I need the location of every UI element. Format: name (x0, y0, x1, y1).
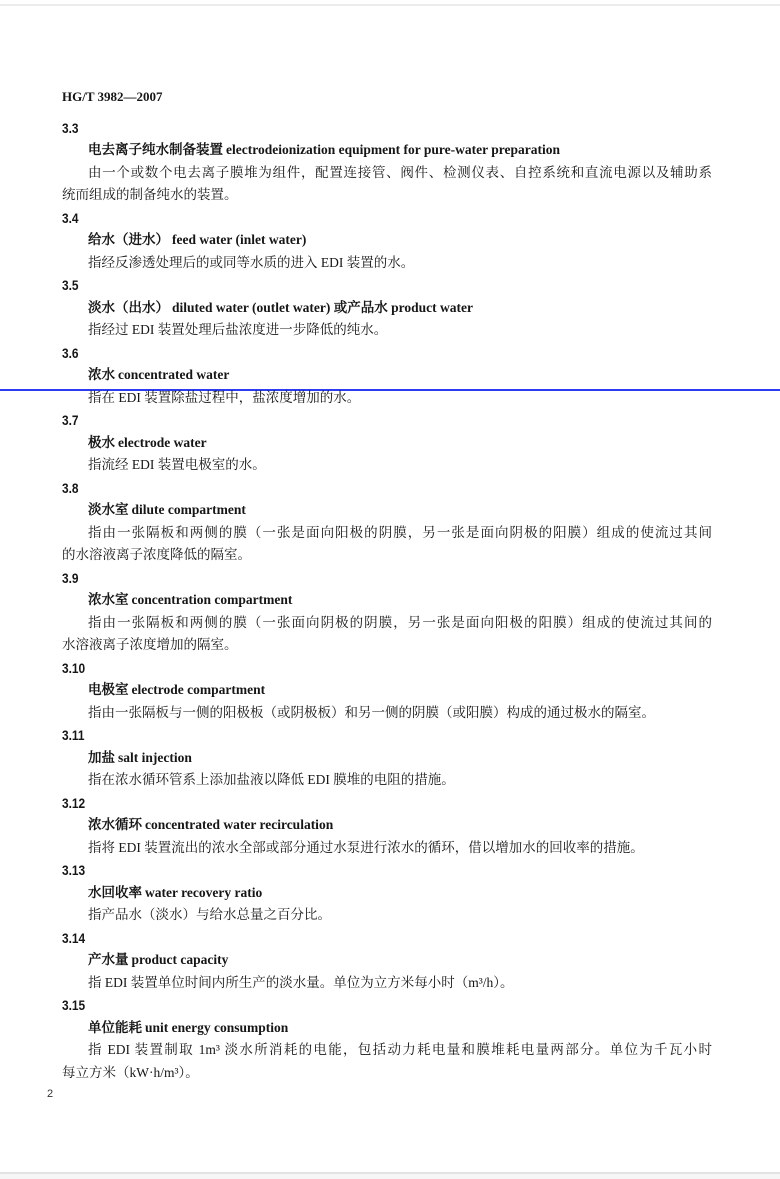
term-english: unit energy consumption (145, 1020, 288, 1035)
page-top-edge (0, 4, 780, 6)
term-title: 浓水循环concentrated water recirculation (62, 814, 712, 837)
section-number: 3.14 (62, 927, 615, 950)
term-entry-3-11: 3.11 加盐salt injection 指在浓水循环管系上添加盐液以降低 E… (62, 724, 712, 792)
term-title: 淡水（出水）diluted water (outlet water) 或产品水 … (62, 297, 712, 320)
term-entry-3-3: 3.3 电去离子纯水制备装置electrodeionization equipm… (62, 117, 712, 207)
definition-line: 指由一张隔板和两侧的膜（一张是面向阳极的阴膜，另一张是面向阴极的阳膜）组成的使流… (62, 522, 712, 545)
term-title: 产水量product capacity (62, 949, 712, 972)
term-english: diluted water (outlet water) 或产品水 produc… (172, 300, 473, 315)
section-number: 3.5 (62, 274, 615, 297)
definition-line: 指由一张隔板与一侧的阳极板（或阴极板）和另一侧的阴膜（或阳膜）构成的通过极水的隔… (62, 702, 712, 725)
section-number: 3.8 (62, 477, 615, 500)
term-chinese: 电去离子纯水制备装置 (88, 142, 223, 157)
term-english: salt injection (118, 750, 192, 765)
term-title: 电去离子纯水制备装置electrodeionization equipment … (62, 139, 712, 162)
term-entry-3-4: 3.4 给水（进水）feed water (inlet water) 指经反渗透… (62, 207, 712, 275)
term-chinese: 加盐 (88, 750, 115, 765)
definition-line: 水溶液离子浓度增加的隔室。 (62, 634, 712, 657)
term-entry-3-8: 3.8 淡水室dilute compartment 指由一张隔板和两侧的膜（一张… (62, 477, 712, 567)
term-chinese: 给水（进水） (88, 232, 169, 247)
term-entry-3-5: 3.5 淡水（出水）diluted water (outlet water) 或… (62, 274, 712, 342)
term-english: concentrated water recirculation (145, 817, 333, 832)
term-english: electrode water (118, 435, 207, 450)
term-title: 水回收率water recovery ratio (62, 882, 712, 905)
term-chinese: 浓水循环 (88, 817, 142, 832)
term-chinese: 淡水室 (88, 502, 129, 517)
definition-line: 指 EDI 装置单位时间内所生产的淡水量。单位为立方米每小时（m³/h）。 (62, 972, 712, 995)
page-number: 2 (47, 1088, 53, 1100)
term-title: 浓水室concentration compartment (62, 589, 712, 612)
standard-code-header: HG/T 3982—2007 (62, 86, 712, 108)
definition-line: 由一个或数个电去离子膜堆为组件，配置连接管、阀件、检测仪表、自控系统和直流电源以… (62, 162, 712, 185)
definition-line: 指经反渗透处理后的或同等水质的进入 EDI 装置的水。 (62, 252, 712, 275)
term-title: 淡水室dilute compartment (62, 499, 712, 522)
term-english: concentration compartment (132, 592, 293, 607)
section-number: 3.10 (62, 657, 615, 680)
term-title: 极水electrode water (62, 432, 712, 455)
section-number: 3.7 (62, 409, 615, 432)
page-content: HG/T 3982—2007 3.3 电去离子纯水制备装置electrodeio… (62, 86, 712, 1084)
definition-line: 每立方米（kW·h/m³）。 (62, 1062, 712, 1085)
term-entry-3-9: 3.9 浓水室concentration compartment 指由一张隔板和… (62, 567, 712, 657)
definition-line: 统而组成的制备纯水的装置。 (62, 184, 712, 207)
term-chinese: 水回收率 (88, 885, 142, 900)
term-english: feed water (inlet water) (172, 232, 306, 247)
term-english: electrodeionization equipment for pure-w… (226, 142, 560, 157)
term-entry-3-15: 3.15 单位能耗unit energy consumption 指 EDI 装… (62, 994, 712, 1084)
definition-line: 指由一张隔板和两侧的膜（一张面向阴极的阴膜，另一张是面向阳极的阳膜）组成的使流过… (62, 612, 712, 635)
definition-line: 指在 EDI 装置除盐过程中，盐浓度增加的水。 (62, 387, 712, 410)
term-entry-3-6: 3.6 浓水concentrated water 指在 EDI 装置除盐过程中，… (62, 342, 712, 410)
term-title: 浓水concentrated water (62, 364, 712, 387)
term-entry-3-13: 3.13 水回收率water recovery ratio 指产品水（淡水）与给… (62, 859, 712, 927)
page-bottom-edge (0, 1172, 780, 1179)
term-title: 单位能耗unit energy consumption (62, 1017, 712, 1040)
section-number: 3.4 (62, 207, 615, 230)
term-english: dilute compartment (132, 502, 246, 517)
term-english: product capacity (132, 952, 229, 967)
term-chinese: 极水 (88, 435, 115, 450)
term-english: water recovery ratio (145, 885, 262, 900)
term-english: concentrated water (118, 367, 229, 382)
term-entry-3-12: 3.12 浓水循环concentrated water recirculatio… (62, 792, 712, 860)
term-chinese: 产水量 (88, 952, 129, 967)
definition-line: 指流经 EDI 装置电极室的水。 (62, 454, 712, 477)
term-entry-3-10: 3.10 电极室electrode compartment 指由一张隔板与一侧的… (62, 657, 712, 725)
section-number: 3.11 (62, 724, 615, 747)
definition-line: 指在浓水循环管系上添加盐液以降低 EDI 膜堆的电阻的措施。 (62, 769, 712, 792)
section-number: 3.3 (62, 117, 615, 140)
term-chinese: 浓水室 (88, 592, 129, 607)
definition-line: 的水溶液离子浓度降低的隔室。 (62, 544, 712, 567)
definition-line: 指产品水（淡水）与给水总量之百分比。 (62, 904, 712, 927)
term-title: 给水（进水）feed water (inlet water) (62, 229, 712, 252)
term-entry-3-7: 3.7 极水electrode water 指流经 EDI 装置电极室的水。 (62, 409, 712, 477)
term-title: 加盐salt injection (62, 747, 712, 770)
term-title: 电极室electrode compartment (62, 679, 712, 702)
term-entry-3-14: 3.14 产水量product capacity 指 EDI 装置单位时间内所生… (62, 927, 712, 995)
term-chinese: 浓水 (88, 367, 115, 382)
term-chinese: 淡水（出水） (88, 300, 169, 315)
section-number: 3.12 (62, 792, 615, 815)
term-chinese: 单位能耗 (88, 1020, 142, 1035)
section-number: 3.6 (62, 342, 615, 365)
term-english: electrode compartment (132, 682, 266, 697)
section-number: 3.13 (62, 859, 615, 882)
term-chinese: 电极室 (88, 682, 129, 697)
definition-line: 指将 EDI 装置流出的浓水全部或部分通过水泵进行浓水的循环，借以增加水的回收率… (62, 837, 712, 860)
definition-line: 指 EDI 装置制取 1m³ 淡水所消耗的电能，包括动力耗电量和膜堆耗电量两部分… (62, 1039, 712, 1062)
definition-line: 指经过 EDI 装置处理后盐浓度进一步降低的纯水。 (62, 319, 712, 342)
section-number: 3.15 (62, 994, 615, 1017)
section-number: 3.9 (62, 567, 615, 590)
document-page: HG/T 3982—2007 3.3 电去离子纯水制备装置electrodeio… (0, 0, 780, 1179)
